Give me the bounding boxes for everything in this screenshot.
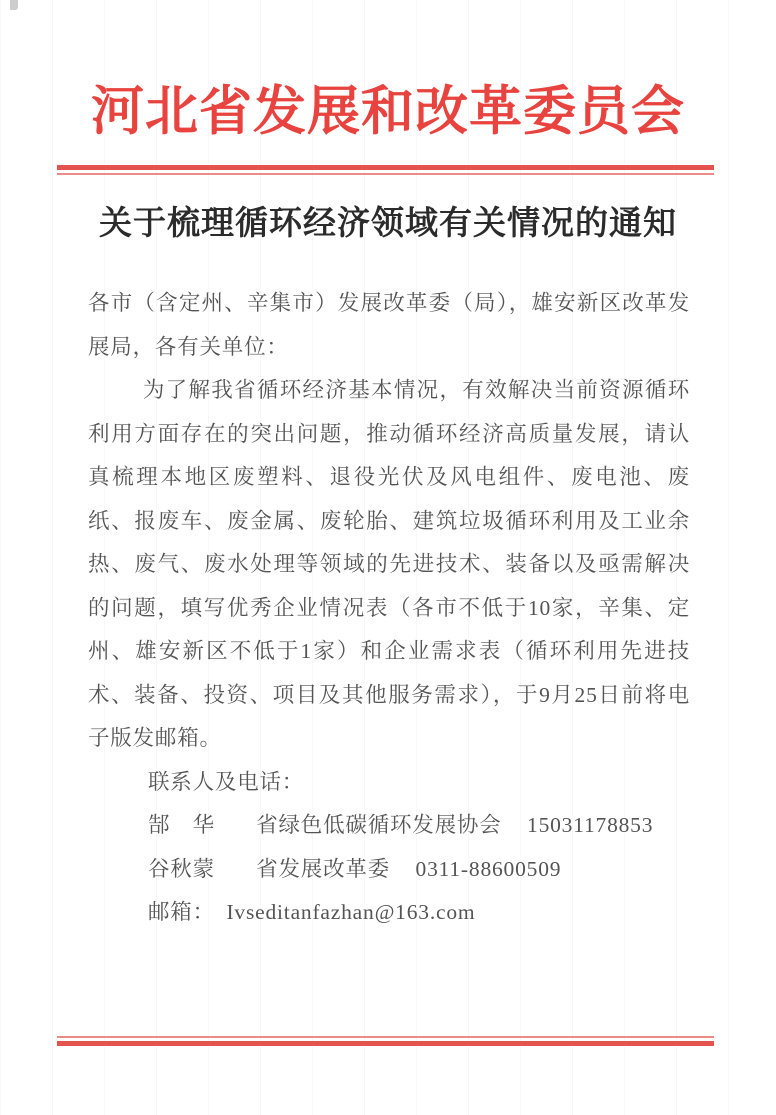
divider-thin-line — [57, 1036, 714, 1038]
contact-phone: 15031178853 — [527, 804, 653, 848]
email-label: 邮箱： — [148, 900, 215, 924]
document-body: 各市（含定州、辛集市）发展改革委（局），雄安新区改革发展局，各有关单位： 为了解… — [0, 282, 776, 935]
contact-name: 郜 华 — [148, 804, 250, 848]
main-paragraph: 为了解我省循环经济基本情况，有效解决当前资源循环利用方面存在的突出问题，推动循环… — [88, 369, 690, 761]
contact-name: 谷秋蒙 — [148, 848, 250, 892]
salutation-paragraph: 各市（含定州、辛集市）发展改革委（局），雄安新区改革发展局，各有关单位： — [88, 282, 690, 369]
contact-org: 省绿色低碳循环发展协会 — [256, 804, 501, 848]
contact-phone: 0311-88600509 — [416, 848, 562, 892]
contact-org: 省发展改革委 — [256, 848, 390, 892]
divider-thick-line — [57, 165, 714, 170]
divider-thick-line — [57, 1041, 714, 1046]
divider-thin-line — [57, 173, 714, 175]
contacts-heading: 联系人及电话： — [88, 761, 690, 805]
footer-divider — [57, 1036, 714, 1046]
document-title: 关于梳理循环经济领域有关情况的通知 — [0, 197, 776, 244]
document-page: 河北省发展和改革委员会 关于梳理循环经济领域有关情况的通知 各市（含定州、辛集市… — [0, 0, 776, 1115]
letterhead-divider — [57, 165, 714, 175]
email-address: Ivseditanfazhan@163.com — [226, 900, 475, 924]
scan-artifact — [10, 0, 18, 10]
contact-row: 谷秋蒙 省发展改革委 0311-88600509 — [88, 848, 690, 892]
letterhead-org-name: 河北省发展和改革委员会 — [0, 79, 776, 145]
contact-row: 郜 华 省绿色低碳循环发展协会 15031178853 — [88, 804, 690, 848]
email-row: 邮箱： Ivseditanfazhan@163.com — [88, 891, 690, 935]
contacts-block: 联系人及电话： 郜 华 省绿色低碳循环发展协会 15031178853 谷秋蒙 … — [88, 761, 690, 935]
